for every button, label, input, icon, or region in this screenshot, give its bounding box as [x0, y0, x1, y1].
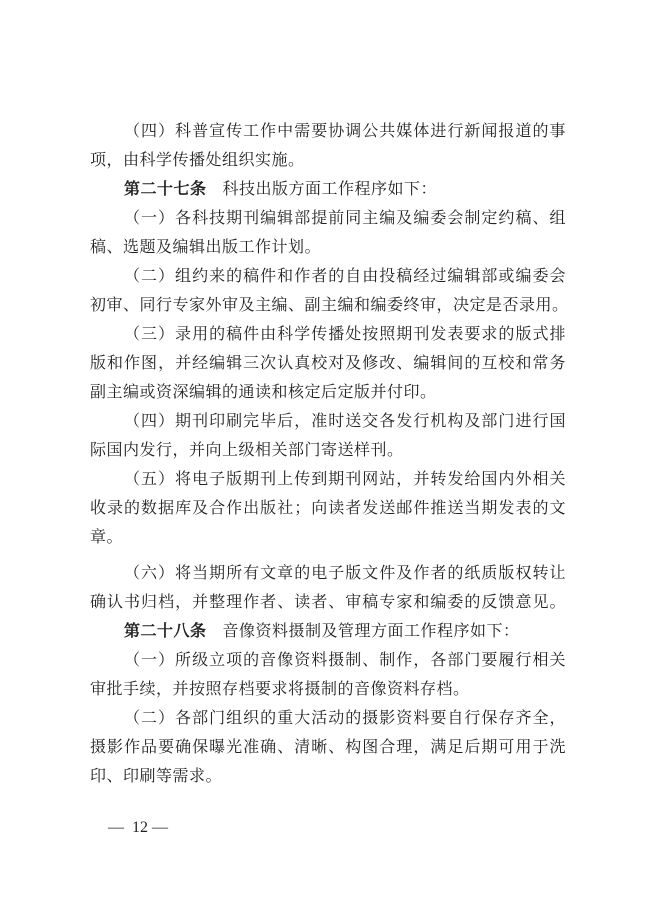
page-number: — 12 — [108, 819, 168, 837]
article-text: 音像资料摄制及管理方面工作程序如下： [223, 621, 520, 640]
text-line: （二）组约来的稿件和作者的自由投稿经过编辑部或编委会 [124, 266, 566, 295]
document-page: （四）科普宣传工作中需要协调公共媒体进行新闻报道的事 项，由科学传播处组织实施。… [0, 0, 650, 919]
text-line: （四）期刊印刷完毕后，准时送交各发行机构及部门进行国 [124, 411, 566, 440]
text-line: （五）将电子版期刊上传到期刊网站，并转发给国内外相关 [124, 469, 566, 498]
text-line: 副主编或资深编辑的通读和核定后定版并付印。 [90, 382, 566, 411]
text-line: （二）各部门组织的重大活动的摄影资料要自行保存齐全， [124, 708, 566, 737]
text-line: 摄影作品要确保曝光准确、清晰、构图合理，满足后期可用于洗 [90, 737, 566, 766]
article-number: 第二十七条 [124, 179, 207, 198]
text-line: 项，由科学传播处组织实施。 [90, 150, 566, 179]
text-line: 初审、同行专家外审及主编、副主编和编委终审，决定是否录用。 [90, 295, 566, 324]
text-line: （三）录用的稿件由科学传播处按照期刊发表要求的版式排 [124, 324, 566, 353]
text-line: 印、印刷等需求。 [90, 766, 566, 795]
article-number: 第二十八条 [124, 621, 207, 640]
article-heading: 第二十七条科技出版方面工作程序如下： [124, 179, 566, 208]
text-line: （六）将当期所有文章的电子版文件及作者的纸质版权转让 [124, 563, 566, 592]
article-heading: 第二十八条音像资料摄制及管理方面工作程序如下： [124, 621, 566, 650]
text-line: 稿、选题及编辑出版工作计划。 [90, 237, 566, 266]
text-line: （一）所级立项的音像资料摄制、制作，各部门要履行相关 [124, 650, 566, 679]
text-line: 际国内发行，并向上级相关部门寄送样刊。 [90, 440, 566, 469]
text-line: （一）各科技期刊编辑部提前同主编及编委会制定约稿、组 [124, 208, 566, 237]
text-line: （四）科普宣传工作中需要协调公共媒体进行新闻报道的事 [124, 121, 566, 150]
text-line: 确认书归档，并整理作者、读者、审稿专家和编委的反馈意见。 [90, 592, 566, 621]
article-text: 科技出版方面工作程序如下： [223, 179, 438, 198]
text-line: 收录的数据库及合作出版社；向读者发送邮件推送当期发表的文 [90, 498, 566, 527]
text-line: 版和作图，并经编辑三次认真校对及修改、编辑间的互校和常务 [90, 353, 566, 382]
text-line: 章。 [90, 527, 566, 556]
text-line: 审批手续，并按照存档要求将摄制的音像资料存档。 [90, 679, 566, 708]
